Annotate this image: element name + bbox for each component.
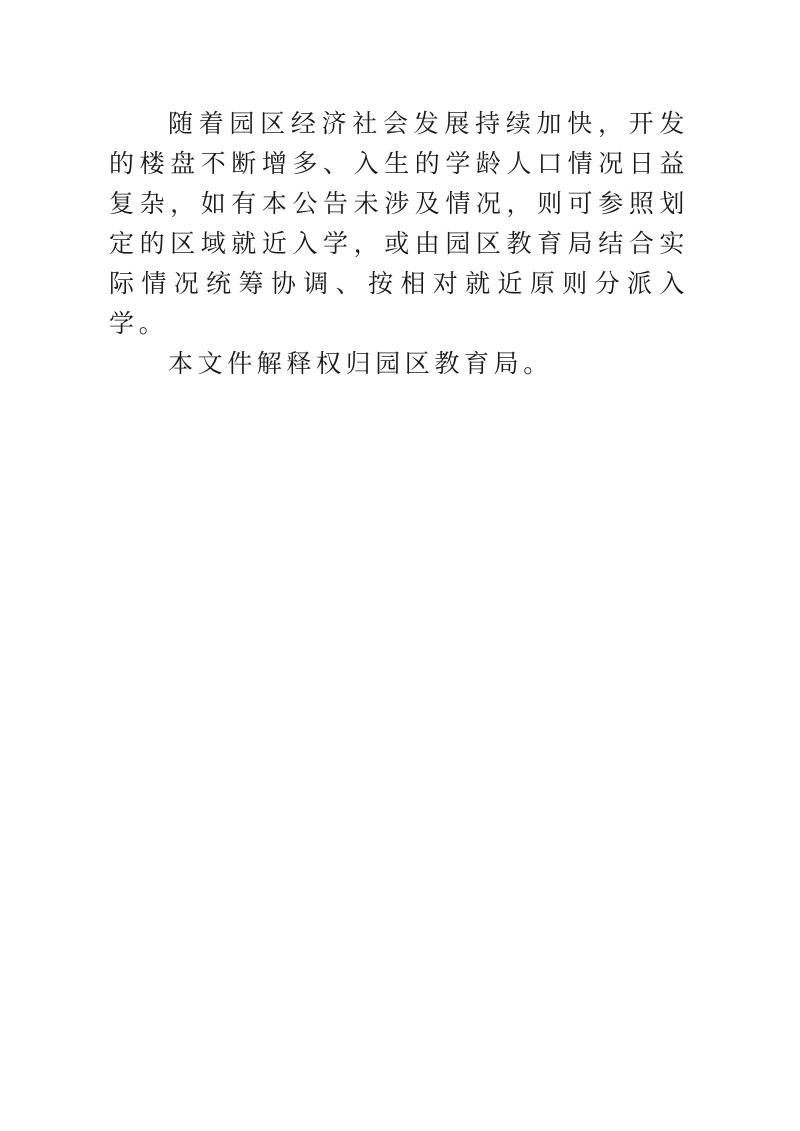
document-page: 随着园区经济社会发展持续加快，开发的楼盘不断增多、入生的学龄人口情况日益复杂，如… <box>109 104 689 384</box>
paragraph-enrollment-note: 随着园区经济社会发展持续加快，开发的楼盘不断增多、入生的学龄人口情况日益复杂，如… <box>109 104 689 344</box>
paragraph-interpretation-right: 本文件解释权归园区教育局。 <box>109 344 689 384</box>
